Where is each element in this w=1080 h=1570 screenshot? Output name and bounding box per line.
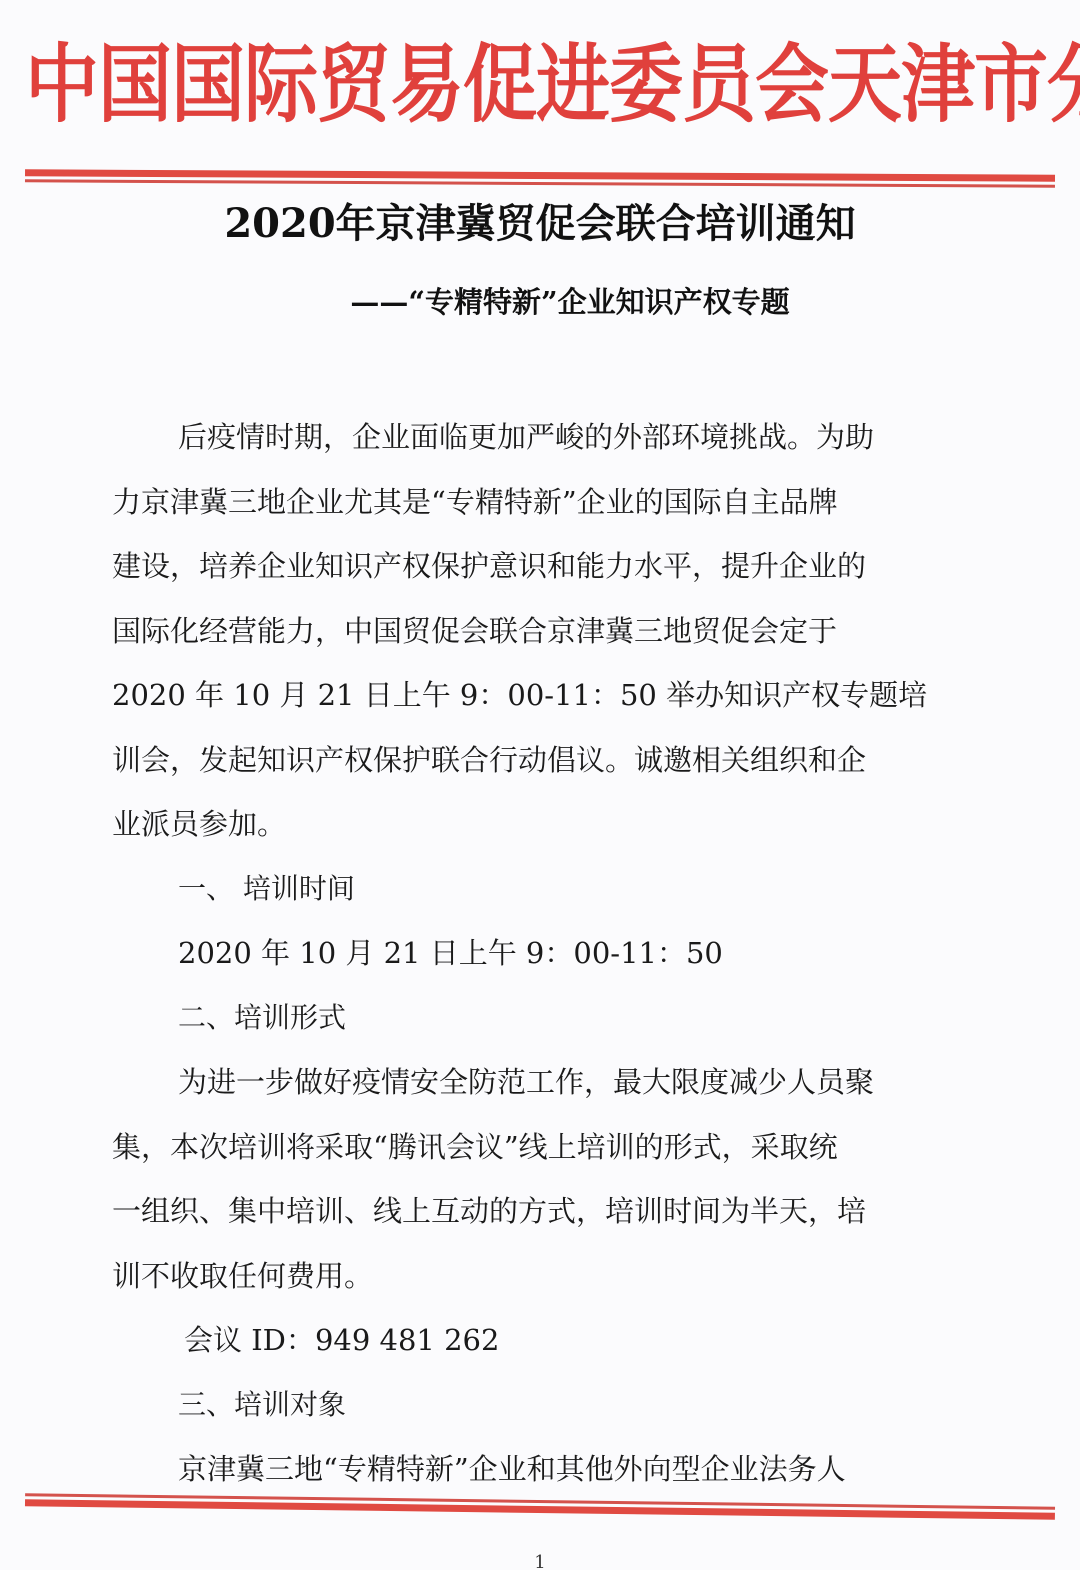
text-line: 后疫情时期，企业面临更加严峻的外部环境挑战。为助	[112, 405, 982, 470]
text-line: 训不收取任何费用。	[112, 1244, 982, 1309]
intro-paragraph: 后疫情时期，企业面临更加严峻的外部环境挑战。为助 力京津冀三地企业尤其是“专精特…	[112, 405, 982, 857]
format-paragraph: 为进一步做好疫情安全防范工作，最大限度减少人员聚 集，本次培训将采取“腾讯会议”…	[112, 1050, 982, 1308]
training-time-text: 2020 年 10 月 21 日上午 9：00-11：50	[112, 921, 982, 986]
letterhead-org-name: 中国国际贸易促进委员会天津市分会	[25, 22, 1055, 149]
meeting-id-label: 会议 ID：	[184, 1323, 315, 1357]
section-heading-time: 一、 培训时间	[112, 857, 982, 922]
meeting-id-line: 会议 ID：949 481 262	[112, 1308, 982, 1373]
text-line: 训会，发起知识产权保护联合行动倡议。诚邀相关组织和企	[112, 728, 982, 793]
document-body: 后疫情时期，企业面临更加严峻的外部环境挑战。为助 力京津冀三地企业尤其是“专精特…	[112, 405, 982, 1502]
notice-title: 2020年京津冀贸促会联合培训通知	[0, 196, 1080, 252]
text-line: 2020 年 10 月 21 日上午 9：00-11：50 举办知识产权专题培	[112, 663, 982, 728]
text-line: 集，本次培训将采取“腾讯会议”线上培训的形式，采取统	[112, 1115, 982, 1180]
notice-subtitle: ——“专精特新”企业知识产权专题	[0, 280, 1080, 324]
meeting-id-value: 949 481 262	[315, 1323, 500, 1357]
section-heading-audience: 三、培训对象	[112, 1373, 982, 1438]
text-line: 一组织、集中培训、线上互动的方式，培训时间为半天，培	[112, 1179, 982, 1244]
page-number: 1	[0, 1552, 1080, 1570]
audience-text: 京津冀三地“专精特新”企业和其他外向型企业法务人	[112, 1437, 982, 1502]
text-line: 业派员参加。	[112, 792, 982, 857]
text-line: 建设，培养企业知识产权保护意识和能力水平，提升企业的	[112, 534, 982, 599]
text-line: 国际化经营能力，中国贸促会联合京津冀三地贸促会定于	[112, 599, 982, 664]
letterhead-divider	[25, 169, 1055, 187]
text-line: 为进一步做好疫情安全防范工作，最大限度减少人员聚	[112, 1050, 982, 1115]
text-line: 力京津冀三地企业尤其是“专精特新”企业的国际自主品牌	[112, 470, 982, 535]
section-heading-format: 二、培训形式	[112, 986, 982, 1051]
